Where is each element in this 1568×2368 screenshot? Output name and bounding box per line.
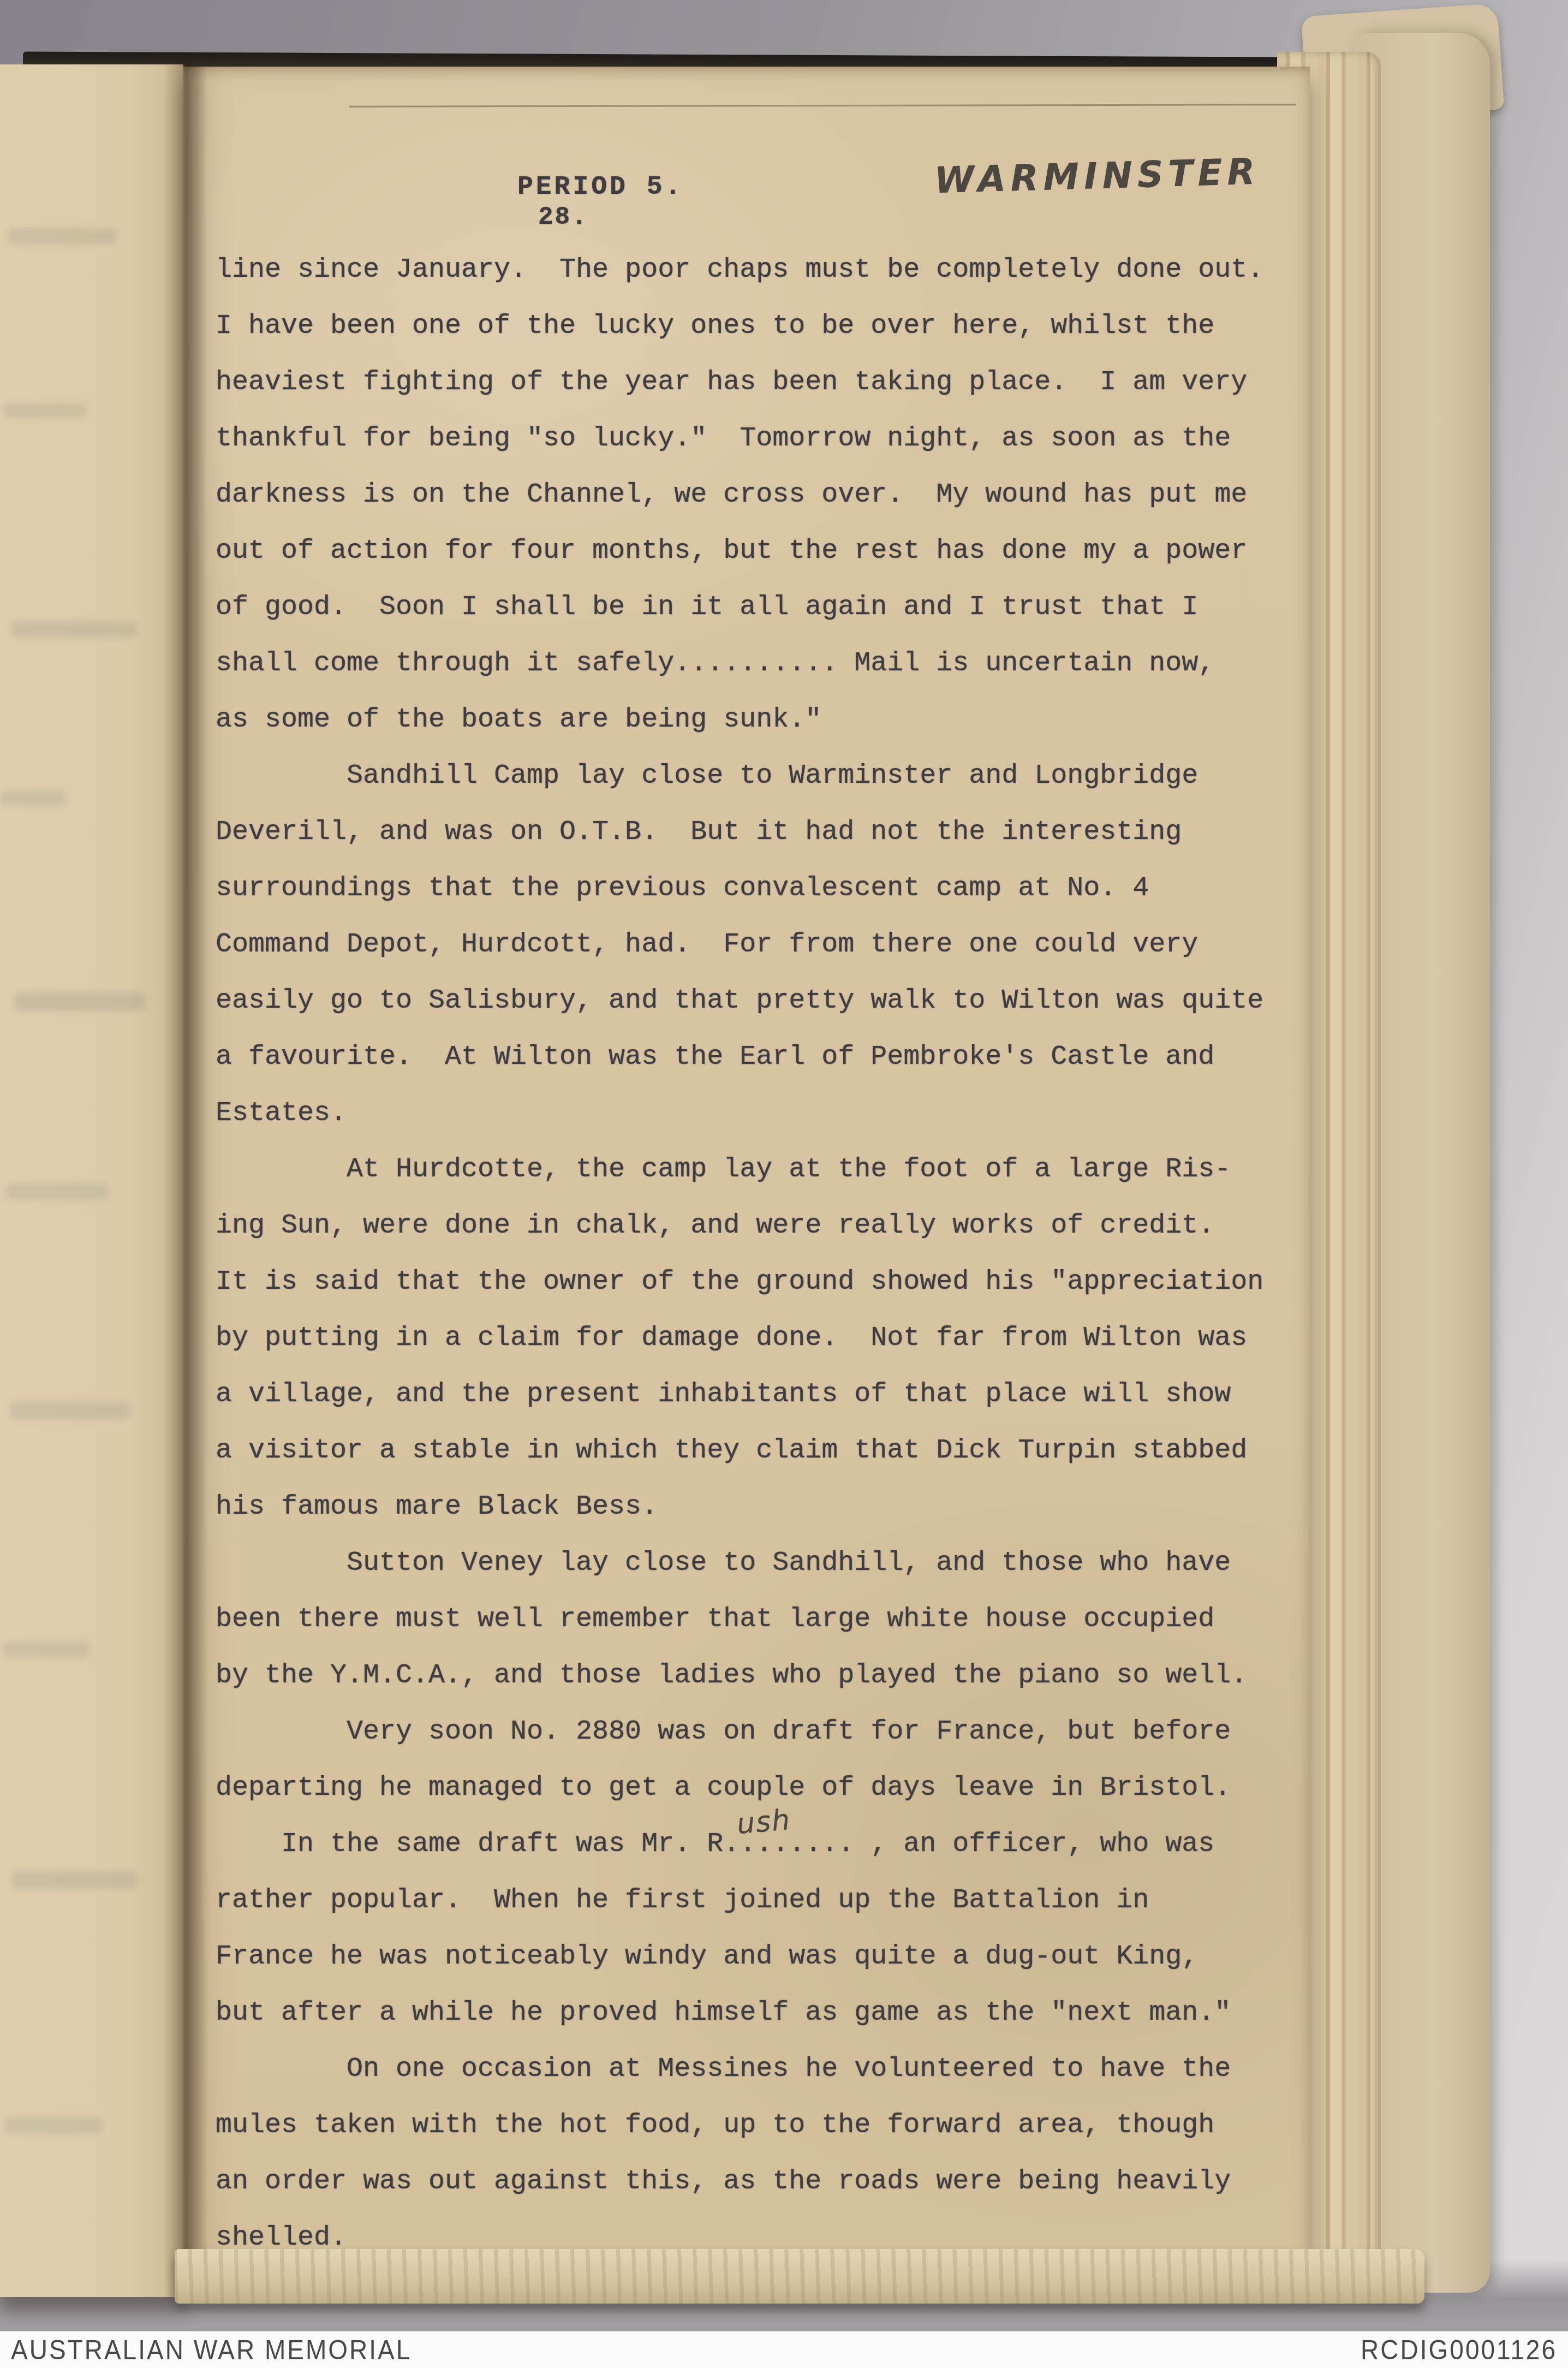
bleed-through-mark — [10, 1402, 130, 1419]
typed-body-text: line since January. The poor chaps must … — [216, 242, 1302, 2266]
bleed-through-mark — [0, 790, 65, 806]
bleed-through-mark — [12, 1871, 138, 1889]
bleed-through-mark — [4, 2117, 103, 2133]
bleed-through-mark — [8, 228, 117, 245]
scanned-document-viewer: { "page": { "header": { "period": "PERIO… — [0, 0, 1568, 2368]
reference-id: RCDIG0001126 — [1361, 2334, 1557, 2366]
book-gutter-shadow — [164, 64, 207, 2297]
institution-name: AUSTRALIAN WAR MEMORIAL — [11, 2334, 412, 2366]
period-heading: PERIOD 5. — [517, 172, 683, 202]
page-number: 28. — [538, 203, 588, 231]
bleed-through-mark — [11, 621, 136, 638]
digitization-footer: AUSTRALIAN WAR MEMORIAL RCDIG0001126 — [0, 2331, 1568, 2368]
bleed-through-mark — [2, 1642, 90, 1657]
bleed-through-mark — [14, 992, 145, 1011]
facing-page — [0, 64, 183, 2297]
bleed-through-mark — [5, 1183, 109, 1200]
bleed-through-mark — [3, 403, 85, 418]
